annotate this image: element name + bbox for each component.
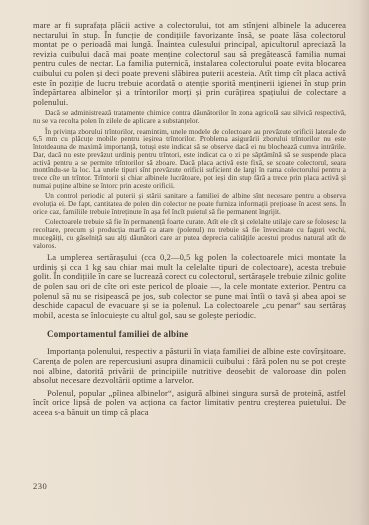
section-heading: Comportamentul familiei de albine [33, 329, 346, 340]
paragraph-chemical-treatments: Dacă se administrează tratamente chimice… [33, 110, 346, 125]
paragraph-pollen-importance: Importanța polenului, respectiv a păstur… [33, 347, 346, 385]
paragraph-collector-cleanliness: Colectoarele trebuie să fie în permanenț… [33, 219, 346, 250]
paragraph-drone-flight: În privința zborului trîntorilor, reamin… [33, 129, 346, 191]
page-number: 230 [33, 481, 47, 491]
paragraph-pollen-protein: Polenul, popular „pîinea albinelor“, asi… [33, 389, 346, 418]
paragraph-drawer-emptying: La umplerea sertărașului (cca 0,2—0,5 kg… [33, 253, 346, 320]
scanned-page: mare ar fi suprafața plăcii active a col… [0, 0, 369, 525]
text-block: mare ar fi suprafața plăcii active a col… [33, 21, 346, 421]
paragraph-continuation: mare ar fi suprafața plăcii active a col… [33, 21, 346, 107]
paragraph-periodic-control: Un control periodic al puterii și stării… [33, 193, 346, 216]
